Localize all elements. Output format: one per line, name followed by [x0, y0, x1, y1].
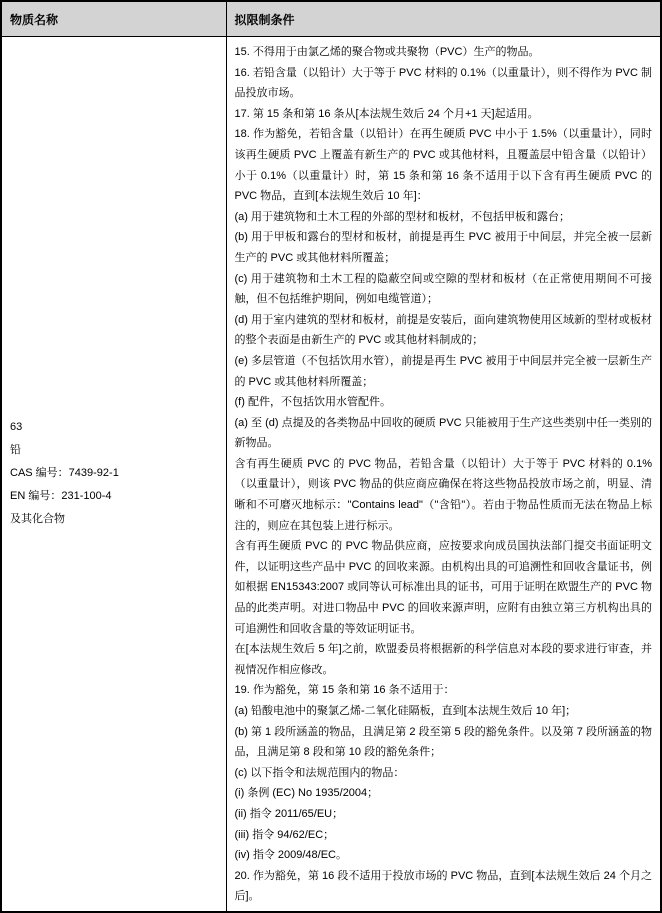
table-row: 63铅CAS 编号：7439-92-1EN 编号：231-100-4及其化合物 … [1, 37, 661, 912]
condition-paragraph: (c) 用于建筑物和土木工程的隐蔽空间或空隙的型材和板材（在正常使用期间不可接触… [235, 269, 653, 310]
substance-line: 63 [10, 416, 218, 439]
condition-paragraph: (a) 铅酸电池中的聚氯乙烯-二氧化硅隔板，直到[本法规生效后 10 年]； [235, 701, 653, 722]
condition-paragraph: (i) 条例 (EC) No 1935/2004； [235, 783, 653, 804]
condition-paragraph: (a) 至 (d) 点提及的各类物品中回收的硬质 PVC 只能被用于生产这些类别… [235, 413, 653, 454]
condition-paragraph: (c) 以下指令和法规范围内的物品： [235, 763, 653, 784]
condition-paragraph: 含有再生硬质 PVC 的 PVC 物品供应商，应按要求向成员国执法部门提交书面证… [235, 536, 653, 639]
condition-paragraph: 15. 不得用于由氯乙烯的聚合物或共聚物（PVC）生产的物品。 [235, 42, 653, 63]
condition-paragraph: 18. 作为豁免，若铅含量（以铅计）在再生硬质 PVC 中小于 1.5%（以重量… [235, 124, 653, 206]
condition-paragraph: (e) 多层管道（不包括饮用水管），前提是再生 PVC 被用于中间层并完全被一层… [235, 351, 653, 392]
condition-paragraph: 17. 第 15 条和第 16 条从[本法规生效后 24 个月+1 天]起适用。 [235, 104, 653, 125]
header-cell-substance-name: 物质名称 [1, 1, 226, 37]
substance-lines: 63铅CAS 编号：7439-92-1EN 编号：231-100-4及其化合物 [10, 416, 218, 531]
condition-paragraphs: 15. 不得用于由氯乙烯的聚合物或共聚物（PVC）生产的物品。16. 若铅含量（… [235, 42, 653, 907]
restriction-table: 物质名称 拟限制条件 63铅CAS 编号：7439-92-1EN 编号：231-… [0, 0, 662, 913]
condition-paragraph: 含有再生硬质 PVC 的 PVC 物品，若铅含量（以铅计）大于等于 PVC 材料… [235, 454, 653, 536]
condition-paragraph: (iv) 指令 2009/48/EC。 [235, 845, 653, 866]
conditions-cell: 15. 不得用于由氯乙烯的聚合物或共聚物（PVC）生产的物品。16. 若铅含量（… [226, 37, 661, 912]
condition-paragraph: (ii) 指令 2011/65/EU； [235, 804, 653, 825]
substance-line: 铅 [10, 439, 218, 462]
condition-paragraph: (a) 用于建筑物和土木工程的外部的型材和板材，不包括甲板和露台； [235, 207, 653, 228]
substance-line: EN 编号：231-100-4 [10, 485, 218, 508]
condition-paragraph: (b) 第 1 段所涵盖的物品，且满足第 2 段至第 5 段的豁免条件。以及第 … [235, 722, 653, 763]
condition-paragraph: (b) 用于甲板和露台的型材和板材，前提是再生 PVC 被用于中间层，并完全被一… [235, 227, 653, 268]
substance-line: CAS 编号：7439-92-1 [10, 462, 218, 485]
table-header-row: 物质名称 拟限制条件 [1, 1, 661, 37]
condition-paragraph: 16. 若铅含量（以铅计）大于等于 PVC 材料的 0.1%（以重量计），则不得… [235, 63, 653, 104]
condition-paragraph: 在[本法规生效后 5 年]之前，欧盟委员将根据新的科学信息对本段的要求进行审查，… [235, 639, 653, 680]
header-cell-restriction-conditions: 拟限制条件 [226, 1, 661, 37]
condition-paragraph: 20. 作为豁免，第 16 段不适用于投放市场的 PVC 物品，直到[本法规生效… [235, 866, 653, 907]
substance-line: 及其化合物 [10, 508, 218, 531]
condition-paragraph: (iii) 指令 94/62/EC； [235, 825, 653, 846]
substance-cell: 63铅CAS 编号：7439-92-1EN 编号：231-100-4及其化合物 [1, 37, 226, 912]
condition-paragraph: (d) 用于室内建筑的型材和板材，前提是安装后，面向建筑物使用区域新的型材或板材… [235, 310, 653, 351]
condition-paragraph: 19. 作为豁免，第 15 条和第 16 条不适用于： [235, 680, 653, 701]
condition-paragraph: (f) 配件，不包括饮用水管配件。 [235, 392, 653, 413]
